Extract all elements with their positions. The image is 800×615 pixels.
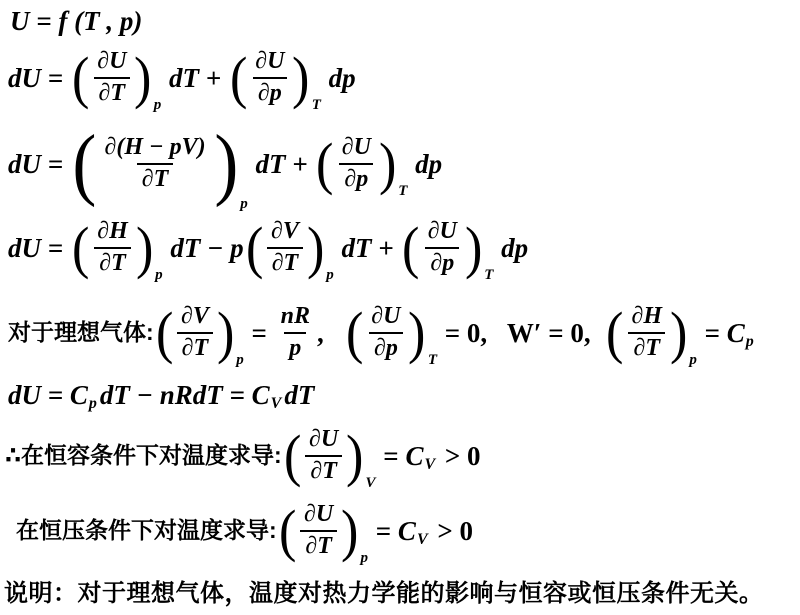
math-text: C bbox=[405, 443, 423, 470]
partial-derivative-group: (∂H∂T)p bbox=[71, 215, 163, 281]
partial-derivative-group: (∂V∂T)p bbox=[155, 300, 244, 366]
subscript-text: p bbox=[746, 334, 754, 350]
fraction-numerator: ∂U bbox=[337, 133, 376, 163]
math-text: dT − p bbox=[164, 235, 244, 262]
partial-derivative-group: (∂H∂T)p bbox=[605, 300, 697, 366]
partial-derivative-group: (∂U∂T)V bbox=[283, 423, 376, 489]
eq-total-differential: dU = (∂U∂T)p dT + (∂U∂p)T dp bbox=[8, 42, 356, 114]
math-text: dU = bbox=[8, 151, 70, 178]
formula-document-page: U = f (T , p)dU = (∂U∂T)p dT + (∂U∂p)T d… bbox=[0, 0, 800, 615]
left-paren-icon: ( bbox=[156, 304, 173, 362]
fraction-denominator: ∂T bbox=[628, 332, 665, 364]
left-paren-icon: ( bbox=[316, 135, 333, 193]
math-text: C bbox=[398, 518, 416, 545]
eq-expanded: dU = (∂H∂T)p dT − p(∂V∂T)p dT + (∂U∂p)T … bbox=[8, 206, 528, 290]
math-text: dT + bbox=[162, 65, 228, 92]
fraction: ∂U∂p bbox=[250, 47, 289, 108]
chinese-label: 在恒压条件下对温度求导: bbox=[16, 517, 277, 545]
partial-derivative-group: (∂V∂T)p bbox=[245, 215, 334, 281]
fraction-numerator: ∂H bbox=[626, 302, 667, 332]
math-upright-text: > 0 bbox=[431, 518, 473, 545]
right-paren-icon: ) bbox=[408, 304, 425, 362]
math-text: U = f (T , p) bbox=[10, 8, 142, 35]
fraction-numerator: ∂(H − pV) bbox=[100, 133, 211, 163]
left-paren-icon: ( bbox=[346, 304, 363, 362]
partial-derivative-group: (∂U∂p)T bbox=[345, 300, 437, 366]
fraction-denominator: ∂p bbox=[253, 77, 287, 109]
constraint-subscript: p bbox=[326, 268, 334, 283]
constraint-subscript: T bbox=[398, 184, 407, 199]
fraction: ∂H∂T bbox=[626, 302, 667, 363]
conclusion-note: 说明：对于理想气体，温度对热力学能的影响与恒容或恒压条件无关。 bbox=[4, 576, 764, 612]
subscript-text: V bbox=[271, 396, 282, 412]
fraction-numerator: ∂U bbox=[423, 217, 462, 247]
constraint-subscript: p bbox=[689, 353, 697, 368]
fraction: ∂U∂p bbox=[337, 133, 376, 194]
ideal-gas-relations: 对于理想气体:(∂V∂T)p = nRp, (∂U∂p)T = 0, W′ = … bbox=[8, 292, 757, 374]
fraction-numerator: nR bbox=[276, 302, 315, 332]
fraction: ∂U∂T bbox=[299, 500, 338, 561]
right-paren-icon: ) bbox=[465, 219, 482, 277]
fraction-numerator: ∂V bbox=[266, 217, 304, 247]
fraction-numerator: ∂U bbox=[299, 500, 338, 530]
right-paren-icon: ) bbox=[307, 219, 324, 277]
left-paren-icon: ( bbox=[606, 304, 623, 362]
fraction-denominator: ∂T bbox=[267, 247, 304, 279]
right-paren-icon: ) bbox=[217, 304, 234, 362]
fraction: ∂U∂p bbox=[423, 217, 462, 278]
right-paren-icon: ) bbox=[379, 135, 396, 193]
right-paren-icon: ) bbox=[292, 49, 309, 107]
fraction-numerator: ∂U bbox=[92, 47, 131, 77]
left-paren-icon: ( bbox=[279, 502, 296, 560]
chinese-label: ∴在恒容条件下对温度求导: bbox=[5, 442, 282, 470]
fraction-denominator: ∂p bbox=[369, 332, 403, 364]
math-upright-text: = 0, W′ = 0, bbox=[438, 320, 604, 347]
left-paren-icon: ( bbox=[246, 219, 263, 277]
chinese-label: 对于理想气体: bbox=[8, 319, 154, 347]
partial-derivative-group: (∂U∂p)T bbox=[401, 215, 493, 281]
right-paren-icon: ) bbox=[670, 304, 687, 362]
right-paren-icon: ) bbox=[214, 124, 238, 204]
fraction-numerator: ∂H bbox=[92, 217, 133, 247]
subscript-text: p bbox=[89, 396, 97, 412]
constraint-subscript: T bbox=[312, 98, 321, 113]
partial-derivative-group: (∂U∂T)p bbox=[278, 498, 368, 564]
eq-du-cp-cv: dU = CpdT − nRdT = CVdT bbox=[8, 374, 314, 416]
chinese-label: 说明：对于理想气体，温度对热力学能的影响与恒容或恒压条件无关。 bbox=[4, 580, 764, 609]
right-paren-icon: ) bbox=[346, 427, 363, 485]
fraction-numerator: ∂U bbox=[366, 302, 405, 332]
subscript-text: V bbox=[424, 457, 435, 473]
left-paren-icon: ( bbox=[72, 49, 89, 107]
math-text: dp bbox=[408, 151, 442, 178]
subscript-text: V bbox=[417, 532, 428, 548]
constant-pressure-derivative: 在恒压条件下对温度求导:(∂U∂T)p = CV > 0 bbox=[16, 492, 473, 570]
partial-derivative-group: (∂U∂T)p bbox=[71, 45, 161, 111]
left-paren-icon: ( bbox=[284, 427, 301, 485]
fraction-numerator: ∂U bbox=[250, 47, 289, 77]
fraction-denominator: p bbox=[284, 332, 306, 364]
fraction: nRp bbox=[276, 302, 315, 363]
constraint-subscript: T bbox=[428, 353, 437, 368]
fraction: ∂V∂T bbox=[176, 302, 214, 363]
math-upright-text: = bbox=[245, 320, 274, 347]
left-paren-icon: ( bbox=[230, 49, 247, 107]
math-upright-text: = bbox=[698, 320, 727, 347]
fraction-denominator: ∂T bbox=[300, 530, 337, 562]
math-upright-text: = bbox=[369, 518, 398, 545]
fraction: ∂(H − pV)∂T bbox=[100, 133, 211, 194]
eq-state-function: U = f (T , p) bbox=[10, 2, 142, 40]
math-upright-text: = bbox=[377, 443, 406, 470]
fraction-denominator: ∂T bbox=[177, 332, 214, 364]
partial-derivative-group: (∂U∂p)T bbox=[315, 131, 407, 197]
fraction-denominator: ∂T bbox=[94, 247, 131, 279]
constraint-subscript: p bbox=[154, 98, 162, 113]
fraction-denominator: ∂T bbox=[305, 455, 342, 487]
constraint-subscript: p bbox=[361, 551, 369, 566]
fraction: ∂U∂p bbox=[366, 302, 405, 363]
left-paren-icon: ( bbox=[72, 124, 96, 204]
math-upright-text: , bbox=[317, 320, 344, 347]
partial-derivative-group: (∂(H − pV)∂T)p bbox=[71, 118, 248, 210]
math-text: dT bbox=[284, 382, 314, 409]
right-paren-icon: ) bbox=[341, 502, 358, 560]
right-paren-icon: ) bbox=[136, 219, 153, 277]
fraction: ∂U∂T bbox=[304, 425, 343, 486]
math-text: C bbox=[727, 320, 745, 347]
math-text: dU = bbox=[8, 65, 70, 92]
partial-derivative-group: (∂U∂p)T bbox=[229, 45, 321, 111]
constraint-subscript: V bbox=[366, 476, 376, 491]
fraction-denominator: ∂T bbox=[137, 163, 174, 195]
math-text: dU = bbox=[8, 235, 70, 262]
left-paren-icon: ( bbox=[402, 219, 419, 277]
constant-volume-derivative: ∴在恒容条件下对温度求导:(∂U∂T)V = CV > 0 bbox=[5, 418, 481, 494]
fraction-denominator: ∂T bbox=[94, 77, 131, 109]
math-upright-text: > 0 bbox=[438, 443, 480, 470]
math-text: dp bbox=[322, 65, 356, 92]
math-text: dT + bbox=[249, 151, 315, 178]
fraction-numerator: ∂V bbox=[176, 302, 214, 332]
fraction: ∂V∂T bbox=[266, 217, 304, 278]
right-paren-icon: ) bbox=[134, 49, 151, 107]
fraction-numerator: ∂U bbox=[304, 425, 343, 455]
fraction: ∂H∂T bbox=[92, 217, 133, 278]
math-text: dT + bbox=[335, 235, 401, 262]
math-text: dT − nRdT = C bbox=[100, 382, 270, 409]
constraint-subscript: T bbox=[484, 268, 493, 283]
math-text: dU = C bbox=[8, 382, 88, 409]
fraction: ∂U∂T bbox=[92, 47, 131, 108]
fraction-denominator: ∂p bbox=[339, 163, 373, 195]
constraint-subscript: p bbox=[236, 353, 244, 368]
math-text: dp bbox=[494, 235, 528, 262]
eq-substitute-enthalpy: dU = (∂(H − pV)∂T)p dT + (∂U∂p)T dp bbox=[8, 118, 442, 210]
constraint-subscript: p bbox=[155, 268, 163, 283]
left-paren-icon: ( bbox=[72, 219, 89, 277]
fraction-denominator: ∂p bbox=[425, 247, 459, 279]
